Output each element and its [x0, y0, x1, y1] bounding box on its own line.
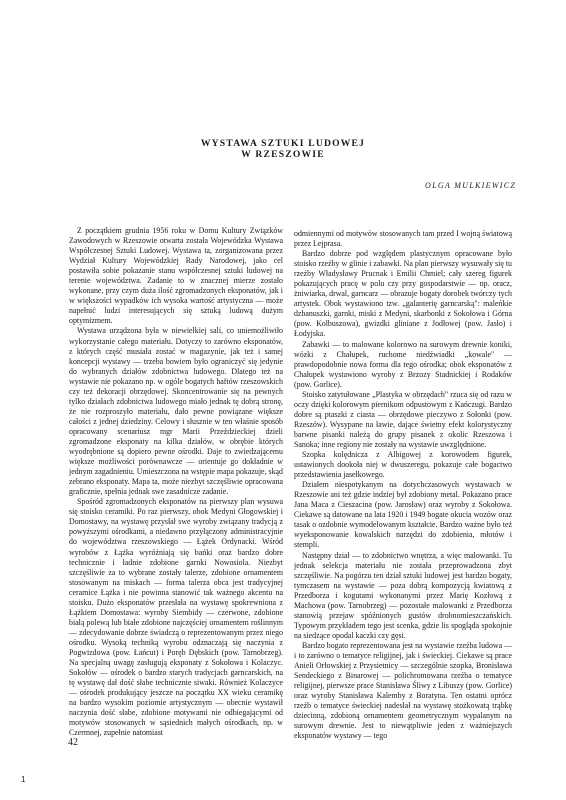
paragraph: Bardzo dobrze pod względem plastycznym o… [294, 249, 512, 339]
margin-mark: 1 [21, 775, 25, 784]
paragraph: Bardzo bogato reprezentowana jest na wys… [294, 641, 512, 741]
article-title-line-2: W RZESZOWIE [0, 149, 566, 160]
paragraph: odmiennymi od motywów stosowanych tam pr… [294, 229, 512, 249]
paragraph: Stoisko zatytułowane „Plastyka w obrzęda… [294, 390, 512, 450]
paragraph: Spośród zgromadzonych eksponatów na pier… [69, 497, 283, 738]
paragraph: Szopka kolędnicza z Albigowej z korowode… [294, 450, 512, 480]
page-number: 42 [68, 737, 78, 748]
paragraph: Z początkiem grudnia 1956 roku w Domu Ku… [69, 226, 283, 326]
paragraph: Następny dział — to zdobnictwo wnętrza, … [294, 551, 512, 641]
right-column: odmiennymi od motywów stosowanych tam pr… [294, 229, 512, 741]
article-title-line-1: WYSTAWA SZTUKI LUDOWEJ [0, 138, 566, 149]
article-title: WYSTAWA SZTUKI LUDOWEJ W RZESZOWIE [0, 138, 566, 160]
article-author: OLGA MULKIEWICZ [425, 181, 516, 190]
paragraph: Działem niespotykanym na dotychczasowych… [294, 480, 512, 550]
paragraph: Wystawa urządzona była w niewielkiej sal… [69, 326, 283, 497]
paragraph: Zabawki — to malowane kolorowo na surowy… [294, 340, 512, 390]
left-column: Z początkiem grudnia 1956 roku w Domu Ku… [69, 226, 283, 738]
